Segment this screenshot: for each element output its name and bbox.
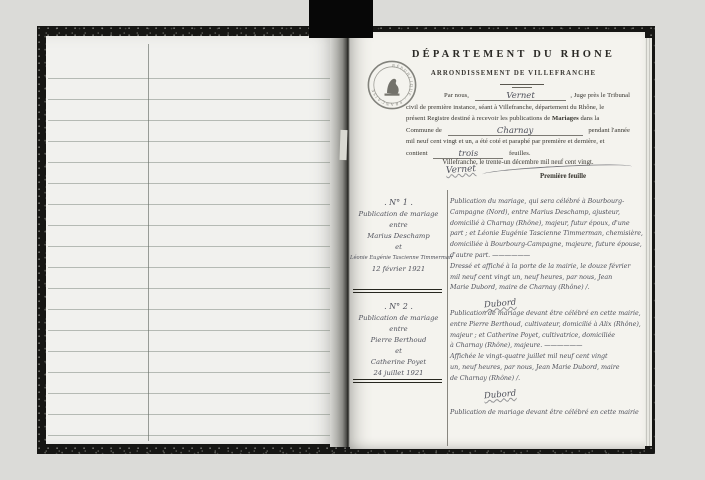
entry-body-line: d'autre part. —————— — [450, 250, 642, 261]
form-line: civil de première instance, séant à Vill… — [406, 102, 630, 114]
entry-margin-line: 12 février 1921 — [350, 264, 447, 275]
ruled-lines — [48, 58, 335, 441]
form-line: mil neuf cent vingt et un, a été coté et… — [406, 136, 630, 148]
margin-rule — [148, 44, 149, 441]
printed-text: contient — [406, 148, 429, 160]
entry-margin-line: 24 juillet 1921 — [350, 368, 447, 379]
binding-stitch — [339, 130, 347, 160]
printed-text: civil de première instance, séant à Vill… — [406, 102, 604, 114]
mayor-signature: Dubord — [484, 388, 517, 401]
header-divider — [500, 84, 544, 85]
book-gutter — [330, 33, 350, 447]
handwritten-fill: Vernet — [475, 92, 567, 101]
printed-text: Mariages — [552, 113, 579, 125]
entry-number: . N° 2 . — [350, 302, 447, 312]
entry-margin-line: Publication de mariage — [350, 209, 447, 220]
entry-body-line: part ; et Léonie Eugénie Tascienne Timme… — [450, 228, 642, 239]
entry-margin-line: et — [350, 346, 447, 357]
entry-body-line: entre Pierre Berthoud, cultivateur, domi… — [450, 319, 642, 330]
entry-margin-block: . N° 1 .Publication de mariageentreMariu… — [350, 198, 447, 275]
entry-body-line: à Charnay (Rhône), majeure. —————— — [450, 340, 642, 351]
entry-body-line: Campagne (Nord), entre Marius Deschamp, … — [450, 207, 642, 218]
entry-body-line: Dressé et affiché à la porte de la mairi… — [450, 261, 642, 272]
entry-separator-rule — [353, 289, 442, 293]
sheet-label: Première feuille — [540, 173, 586, 180]
entry-margin-line: Pierre Berthoud — [350, 335, 447, 346]
scanned-register-photo: { "header":{ "department":"DÉPARTEMENT D… — [0, 0, 705, 480]
arrondissement-subtitle: ARRONDISSEMENT DE VILLEFRANCHE — [390, 70, 637, 77]
entry-body-line: Publication du mariage, qui sera célébré… — [450, 196, 642, 207]
form-line: contient trois feuilles. — [406, 148, 630, 160]
entry-body-line: Marie Dubord, maire de Charnay (Rhône) /… — [450, 282, 642, 293]
left-blank-page — [46, 36, 337, 444]
entry-margin-line: entre — [350, 324, 447, 335]
entry-number: . N° 1 . — [350, 198, 447, 208]
register-page: RÉPUBLIQUE · FRANÇAISE DÉPARTEMENT DU RH… — [350, 32, 645, 449]
entry-separator-rule — [353, 379, 442, 383]
entry-body-line: Affichée le vingt-quatre juillet mil neu… — [450, 351, 642, 362]
entry-body-line: majeur ; et Catherine Poyet, cultivatric… — [450, 330, 642, 341]
entry-body-line: domiciliée à Bourbourg-Campagne, majeure… — [450, 239, 642, 250]
form-block: Par nous, Vernet, Juge près le Tribunalc… — [406, 90, 630, 159]
margin-divider-rule — [447, 190, 448, 446]
entry-body-line: domicilié à Charnay (Rhône), majeur, fut… — [450, 218, 642, 229]
department-title: DÉPARTEMENT DU RHONE — [390, 49, 637, 60]
handwritten-fill: Charnay — [448, 127, 583, 136]
printed-text: dans la — [579, 113, 600, 125]
entry-body-line: de Charnay (Rhône) /. — [450, 373, 642, 384]
entry-body: Publication du mariage, qui sera célébré… — [450, 196, 642, 311]
entry-margin-line: entre — [350, 220, 447, 231]
printed-text: Commune de — [406, 125, 444, 137]
printed-text: présent Registre destiné à recevoir les … — [406, 113, 552, 125]
judge-signature: Vernet — [446, 164, 477, 176]
entry-margin-line: Marius Deschamp — [350, 231, 447, 242]
entry-body-line: un, neuf heures, par nous, Jean Marie Du… — [450, 362, 642, 373]
scan-clamp — [309, 0, 373, 38]
entry-margin-block: . N° 2 .Publication de mariageentrePierr… — [350, 302, 447, 379]
printed-text: feuilles. — [507, 148, 530, 160]
form-line: présent Registre destiné à recevoir les … — [406, 113, 630, 125]
printed-text: mil neuf cent vingt et un, a été coté et… — [406, 136, 604, 148]
entry-margin-line: Léonie Eugénie Tascienne Timmerman — [350, 253, 447, 264]
printed-text: Par nous, — [444, 90, 471, 102]
entry-body: Publication de mariage devant être céléb… — [450, 308, 642, 402]
handwritten-fill: trois — [433, 150, 503, 159]
entry-margin-line: Publication de mariage — [350, 313, 447, 324]
entry-body-line: Publication de mariage devant être céléb… — [450, 407, 642, 418]
form-line: Par nous, Vernet, Juge près le Tribunal — [406, 90, 630, 102]
printed-text: , Juge près le Tribunal — [570, 90, 630, 102]
printed-text: pendant l'année — [587, 125, 630, 137]
entry-margin-line: Catherine Poyet — [350, 357, 447, 368]
entry-body-line: Publication de mariage devant être céléb… — [450, 308, 642, 319]
page-fore-edge — [644, 38, 652, 446]
entry-body: Publication de mariage devant être céléb… — [450, 407, 642, 418]
entry-margin-line: et — [350, 242, 447, 253]
entry-body-line: mil neuf cent vingt un, neuf heures, par… — [450, 272, 642, 283]
form-line: Commune de Charnay pendant l'année — [406, 125, 630, 137]
header-divider-small — [512, 87, 532, 88]
